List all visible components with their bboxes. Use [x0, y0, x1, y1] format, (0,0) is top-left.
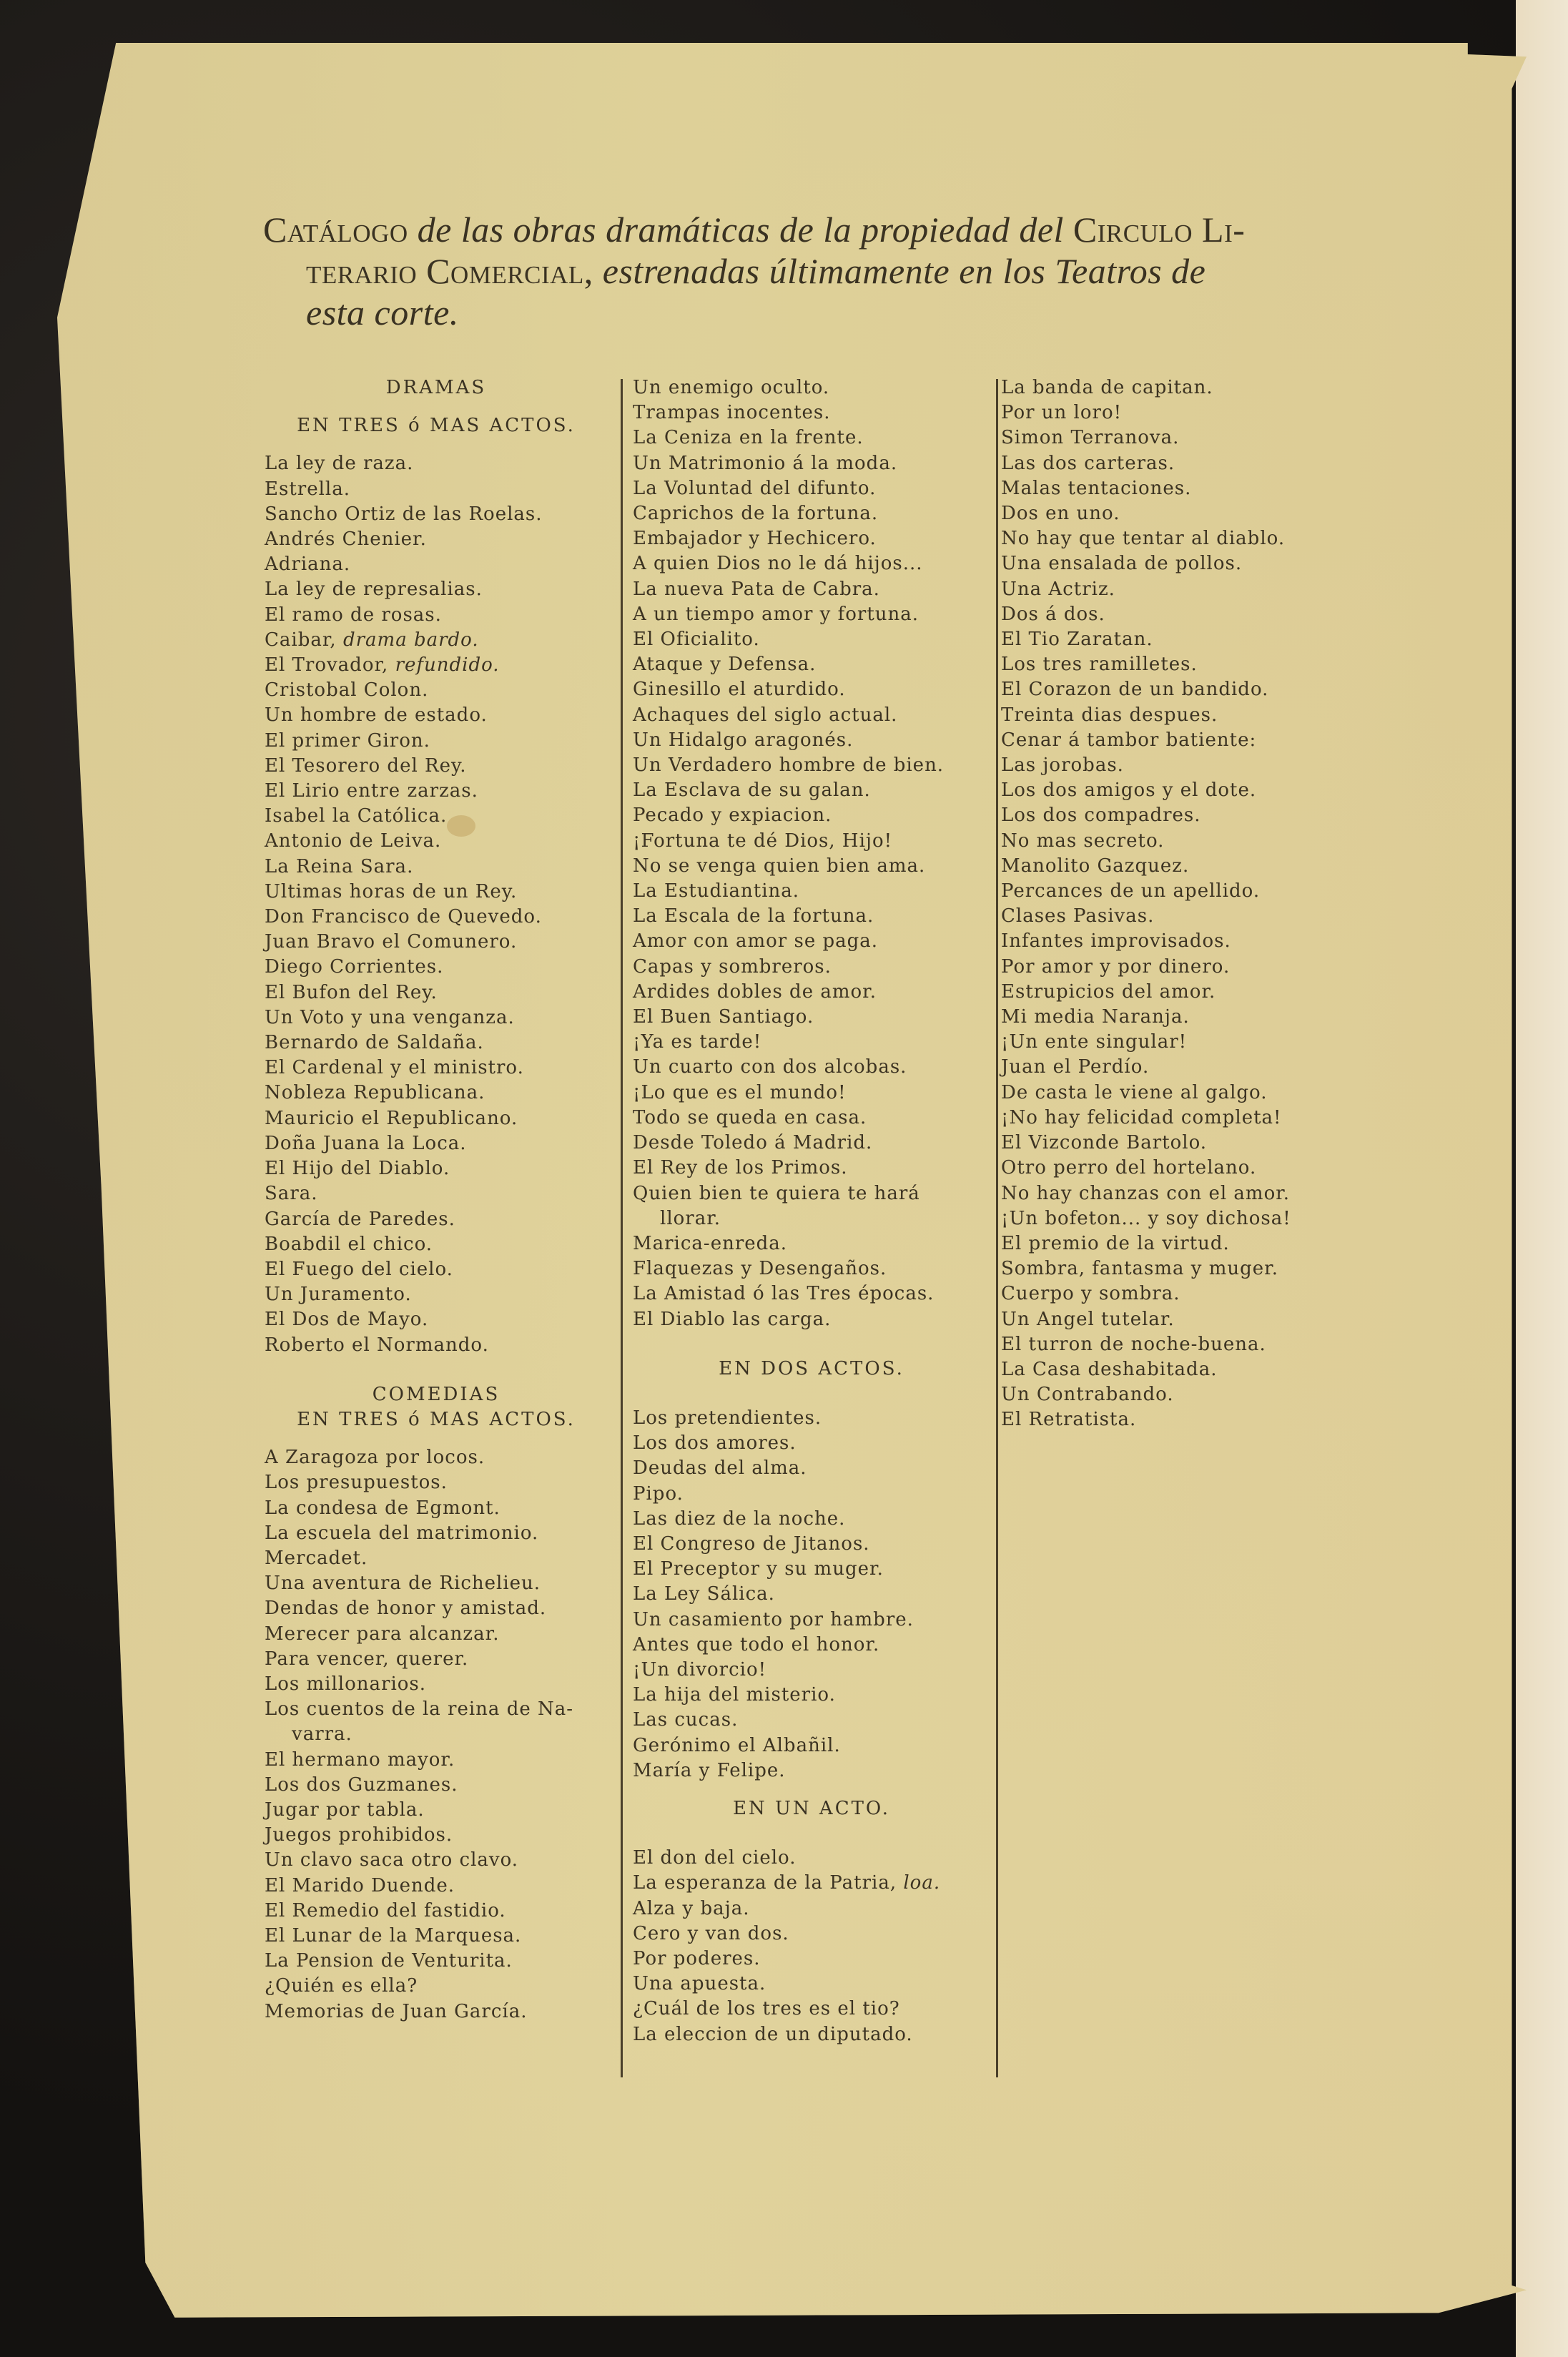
play-title: ¡No hay felicidad completa!	[1001, 1106, 1366, 1131]
play-title: Deudas del alma.	[633, 1456, 990, 1481]
play-title: Los dos amores.	[633, 1431, 990, 1456]
play-title: Boabdil el chico.	[265, 1232, 608, 1257]
play-title: A un tiempo amor y fortuna.	[633, 602, 990, 627]
play-title: Las cucas.	[633, 1708, 990, 1733]
play-title: La nueva Pata de Cabra.	[633, 577, 990, 602]
play-title: Jugar por tabla.	[265, 1798, 608, 1823]
play-title: ¡Lo que es el mundo!	[633, 1081, 990, 1106]
play-title: No hay que tentar al diablo.	[1001, 526, 1366, 551]
play-title: Los pretendientes.	[633, 1406, 990, 1431]
play-title: Memorias de Juan García.	[265, 1999, 608, 2024]
play-title: El Oficialito.	[633, 627, 990, 652]
column-1: DRAMAS EN TRES ó MAS ACTOS. La ley de ra…	[265, 375, 608, 2024]
play-title: Flaquezas y Desengaños.	[633, 1256, 990, 1281]
play-title: El ramo de rosas.	[265, 603, 608, 628]
play-title: Las dos carteras.	[1001, 451, 1366, 476]
play-title: Adriana.	[265, 552, 608, 577]
play-title: Un enemigo oculto.	[633, 375, 990, 400]
play-title: Juegos prohibidos.	[265, 1823, 608, 1848]
play-title: Mauricio el Republicano.	[265, 1106, 608, 1131]
play-title: La eleccion de un diputado.	[633, 2022, 990, 2047]
play-title: El Tio Zaratan.	[1001, 627, 1366, 652]
column-3: La banda de capitan.Por un loro!Simon Te…	[1001, 375, 1366, 1433]
play-title: El premio de la virtud.	[1001, 1231, 1366, 1256]
play-title: Un hombre de estado.	[265, 703, 608, 728]
play-title: Las diez de la noche.	[633, 1507, 990, 1532]
section-heading-un-acto: EN UN ACTO.	[633, 1796, 990, 1821]
play-title: Los dos compadres.	[1001, 803, 1366, 828]
play-title: Una ensalada de pollos.	[1001, 551, 1366, 576]
play-title: El Bufon del Rey.	[265, 980, 608, 1005]
play-title: Juan Bravo el Comunero.	[265, 930, 608, 955]
play-title: Los cuentos de la reina de Na-	[265, 1697, 608, 1722]
play-title: Infantes improvisados.	[1001, 929, 1366, 954]
play-title: La condesa de Egmont.	[265, 1496, 608, 1521]
adjacent-sheet-edge	[1516, 0, 1568, 2357]
play-title: La Esclava de su galan.	[633, 778, 990, 803]
play-title: Pecado y expiacion.	[633, 803, 990, 828]
play-title: La Ley Sálica.	[633, 1582, 990, 1607]
play-title: Un Hidalgo aragonés.	[633, 728, 990, 753]
play-title: ¡Un ente singular!	[1001, 1030, 1366, 1055]
play-title: Andrés Chenier.	[265, 527, 608, 552]
column-divider	[996, 379, 998, 2077]
play-title: Antonio de Leiva.	[265, 829, 608, 854]
play-title: Treinta dias despues.	[1001, 703, 1366, 728]
play-title: De casta le viene al galgo.	[1001, 1081, 1366, 1106]
play-title: Un casamiento por hambre.	[633, 1608, 990, 1633]
play-title: ¡Un bofeton... y soy dichosa!	[1001, 1206, 1366, 1231]
play-title: La Reina Sara.	[265, 855, 608, 880]
play-title: Marica-enreda.	[633, 1231, 990, 1256]
play-title: Un Voto y una venganza.	[265, 1005, 608, 1030]
play-title: Para vencer, querer.	[265, 1647, 608, 1672]
section-heading-dos-actos: EN DOS ACTOS.	[633, 1357, 990, 1382]
play-title: Desde Toledo á Madrid.	[633, 1131, 990, 1156]
play-title: El Dos de Mayo.	[265, 1307, 608, 1332]
play-title: Isabel la Católica.	[265, 804, 608, 829]
play-title: Los presupuestos.	[265, 1470, 608, 1495]
play-title: Un Verdadero hombre de bien.	[633, 753, 990, 778]
play-title: Don Francisco de Quevedo.	[265, 905, 608, 930]
un-acto-continued-list: La banda de capitan.Por un loro!Simon Te…	[1001, 375, 1366, 1433]
play-title: Doña Juana la Loca.	[265, 1131, 608, 1156]
play-title: Los millonarios.	[265, 1672, 608, 1697]
section-subheading: EN TRES ó MAS ACTOS.	[265, 413, 608, 438]
play-title: Dos en uno.	[1001, 501, 1366, 526]
play-title: Quien bien te quiera te hará	[633, 1181, 990, 1206]
play-title: Una apuesta.	[633, 1972, 990, 1997]
play-title: Merecer para alcanzar.	[265, 1622, 608, 1647]
play-title: El Marido Duende.	[265, 1874, 608, 1899]
play-title: Una Actriz.	[1001, 577, 1366, 602]
play-title: La hija del misterio.	[633, 1683, 990, 1708]
play-title: El Cardenal y el ministro.	[265, 1056, 608, 1081]
play-title: Un Matrimonio á la moda.	[633, 451, 990, 476]
title-line-2: terario Comercial, estrenadas últimament…	[263, 250, 1344, 292]
play-title: Los dos amigos y el dote.	[1001, 778, 1366, 803]
play-title: Ultimas horas de un Rey.	[265, 880, 608, 905]
play-title: Antes que todo el honor.	[633, 1633, 990, 1658]
page-title: Catálogo de las obras dramáticas de la p…	[263, 209, 1344, 333]
play-title: La Pension de Venturita.	[265, 1949, 608, 1974]
play-title: Todo se queda en casa.	[633, 1106, 990, 1131]
play-title: El Remedio del fastidio.	[265, 1899, 608, 1924]
play-title: El Fuego del cielo.	[265, 1257, 608, 1282]
play-title: El Diablo las carga.	[633, 1307, 990, 1332]
play-title: Roberto el Normando.	[265, 1333, 608, 1358]
play-title: Clases Pasivas.	[1001, 904, 1366, 929]
play-title: Mercadet.	[265, 1546, 608, 1571]
comedias-list: A Zaragoza por locos.Los presupuestos.La…	[265, 1445, 608, 2024]
play-title: El Congreso de Jitanos.	[633, 1532, 990, 1557]
play-title: ¿Cuál de los tres es el tio?	[633, 1997, 990, 2022]
play-title: Juan el Perdío.	[1001, 1055, 1366, 1080]
play-title: El Lirio entre zarzas.	[265, 779, 608, 804]
play-title: La Escala de la fortuna.	[633, 904, 990, 929]
play-title: La Estudiantina.	[633, 879, 990, 904]
play-title: Un Contrabando.	[1001, 1382, 1366, 1407]
play-title: Los dos Guzmanes.	[265, 1773, 608, 1798]
play-title: Otro perro del hortelano.	[1001, 1156, 1366, 1181]
play-title: A quien Dios no le dá hijos...	[633, 551, 990, 576]
play-title: Manolito Gazquez.	[1001, 854, 1366, 879]
play-title: Por amor y por dinero.	[1001, 955, 1366, 980]
play-title: Sancho Ortiz de las Roelas.	[265, 502, 608, 527]
play-title: El Hijo del Diablo.	[265, 1156, 608, 1181]
play-title: Gerónimo el Albañil.	[633, 1733, 990, 1758]
dramas-list: La ley de raza.Estrella.Sancho Ortiz de …	[265, 451, 608, 1357]
play-title: El Preceptor y su muger.	[633, 1557, 990, 1582]
play-title: La ley de raza.	[265, 451, 608, 476]
play-title: El Tesorero del Rey.	[265, 754, 608, 779]
play-title: La Voluntad del difunto.	[633, 476, 990, 501]
section-subheading: EN TRES ó MAS ACTOS.	[265, 1407, 608, 1432]
play-title: La ley de represalias.	[265, 577, 608, 602]
play-title: Alza y baja.	[633, 1896, 990, 1921]
column-2: Un enemigo oculto.Trampas inocentes.La C…	[633, 375, 990, 2047]
play-title: Estrupicios del amor.	[1001, 980, 1366, 1005]
column-divider	[621, 379, 623, 2077]
play-title: Un Angel tutelar.	[1001, 1307, 1366, 1332]
un-acto-list: El don del cielo.La esperanza de la Patr…	[633, 1846, 990, 2047]
play-title: Cuerpo y sombra.	[1001, 1281, 1366, 1307]
play-title: Achaques del siglo actual.	[633, 703, 990, 728]
play-title: El Corazon de un bandido.	[1001, 677, 1366, 702]
play-title: ¡Un divorcio!	[633, 1658, 990, 1683]
play-title: Ginesillo el aturdido.	[633, 677, 990, 702]
play-title: Ataque y Defensa.	[633, 652, 990, 677]
section-heading-dramas: DRAMAS	[265, 375, 608, 400]
play-title: No mas secreto.	[1001, 829, 1366, 854]
play-title: María y Felipe.	[633, 1758, 990, 1783]
play-title: Por un loro!	[1001, 400, 1366, 425]
play-title: La escuela del matrimonio.	[265, 1521, 608, 1546]
play-title: Embajador y Hechicero.	[633, 526, 990, 551]
play-title: A Zaragoza por locos.	[265, 1445, 608, 1470]
play-title: Caprichos de la fortuna.	[633, 501, 990, 526]
play-title: ¡Ya es tarde!	[633, 1030, 990, 1055]
play-title: Dendas de honor y amistad.	[265, 1596, 608, 1621]
play-title: El turron de noche-buena.	[1001, 1332, 1366, 1357]
play-title: El Rey de los Primos.	[633, 1156, 990, 1181]
play-title: El Vizconde Bartolo.	[1001, 1131, 1366, 1156]
play-title: Sara.	[265, 1181, 608, 1206]
play-title: Por poderes.	[633, 1947, 990, 1972]
play-title: No se venga quien bien ama.	[633, 854, 990, 879]
play-title: Cero y van dos.	[633, 1921, 990, 1947]
title-line-1: Catálogo de las obras dramáticas de la p…	[263, 209, 1344, 250]
play-title: El Lunar de la Marquesa.	[265, 1924, 608, 1949]
play-title: La esperanza de la Patria, loa.	[633, 1871, 990, 1896]
play-title: El Trovador, refundido.	[265, 653, 608, 678]
play-title: Un clavo saca otro clavo.	[265, 1848, 608, 1873]
comedias-continued-list: Un enemigo oculto.Trampas inocentes.La C…	[633, 375, 990, 1332]
play-title: Nobleza Republicana.	[265, 1081, 608, 1106]
play-title: García de Paredes.	[265, 1207, 608, 1232]
play-title: Sombra, fantasma y muger.	[1001, 1256, 1366, 1281]
play-title: La banda de capitan.	[1001, 375, 1366, 400]
play-title: Percances de un apellido.	[1001, 879, 1366, 904]
play-title: La Amistad ó las Tres épocas.	[633, 1281, 990, 1307]
play-title: ¿Quién es ella?	[265, 1974, 608, 1999]
dos-actos-list: Los pretendientes.Los dos amores.Deudas …	[633, 1406, 990, 1783]
play-title: Pipo.	[633, 1482, 990, 1507]
play-title: El don del cielo.	[633, 1846, 990, 1871]
play-title: El primer Giron.	[265, 729, 608, 754]
play-title: llorar.	[633, 1206, 990, 1231]
title-line-3: esta corte.	[263, 292, 1344, 333]
play-title: Trampas inocentes.	[633, 400, 990, 425]
play-title: Cristobal Colon.	[265, 678, 608, 703]
play-title: La Casa deshabitada.	[1001, 1357, 1366, 1382]
play-title: La Ceniza en la frente.	[633, 425, 990, 451]
play-title: Diego Corrientes.	[265, 955, 608, 980]
play-title: Los tres ramilletes.	[1001, 652, 1366, 677]
play-title: Mi media Naranja.	[1001, 1005, 1366, 1030]
play-title: ¡Fortuna te dé Dios, Hijo!	[633, 829, 990, 854]
play-title: Bernardo de Saldaña.	[265, 1030, 608, 1056]
play-title: Estrella.	[265, 477, 608, 502]
play-title: El Buen Santiago.	[633, 1005, 990, 1030]
play-title: Malas tentaciones.	[1001, 476, 1366, 501]
play-title: Cenar á tambor batiente:	[1001, 728, 1366, 753]
play-title: Simon Terranova.	[1001, 425, 1366, 451]
play-title: Caibar, drama bardo.	[265, 628, 608, 653]
play-title: Una aventura de Richelieu.	[265, 1571, 608, 1596]
play-title: Un cuarto con dos alcobas.	[633, 1055, 990, 1080]
play-title: No hay chanzas con el amor.	[1001, 1181, 1366, 1206]
play-title: Un Juramento.	[265, 1282, 608, 1307]
play-title: varra.	[265, 1722, 608, 1747]
play-title: Las jorobas.	[1001, 753, 1366, 778]
play-title: Dos á dos.	[1001, 602, 1366, 627]
play-title: Amor con amor se paga.	[633, 929, 990, 954]
play-title: El Retratista.	[1001, 1407, 1366, 1432]
play-title: Ardides dobles de amor.	[633, 980, 990, 1005]
play-title: Capas y sombreros.	[633, 955, 990, 980]
play-title: El hermano mayor.	[265, 1748, 608, 1773]
section-heading-comedias: COMEDIAS	[265, 1382, 608, 1407]
